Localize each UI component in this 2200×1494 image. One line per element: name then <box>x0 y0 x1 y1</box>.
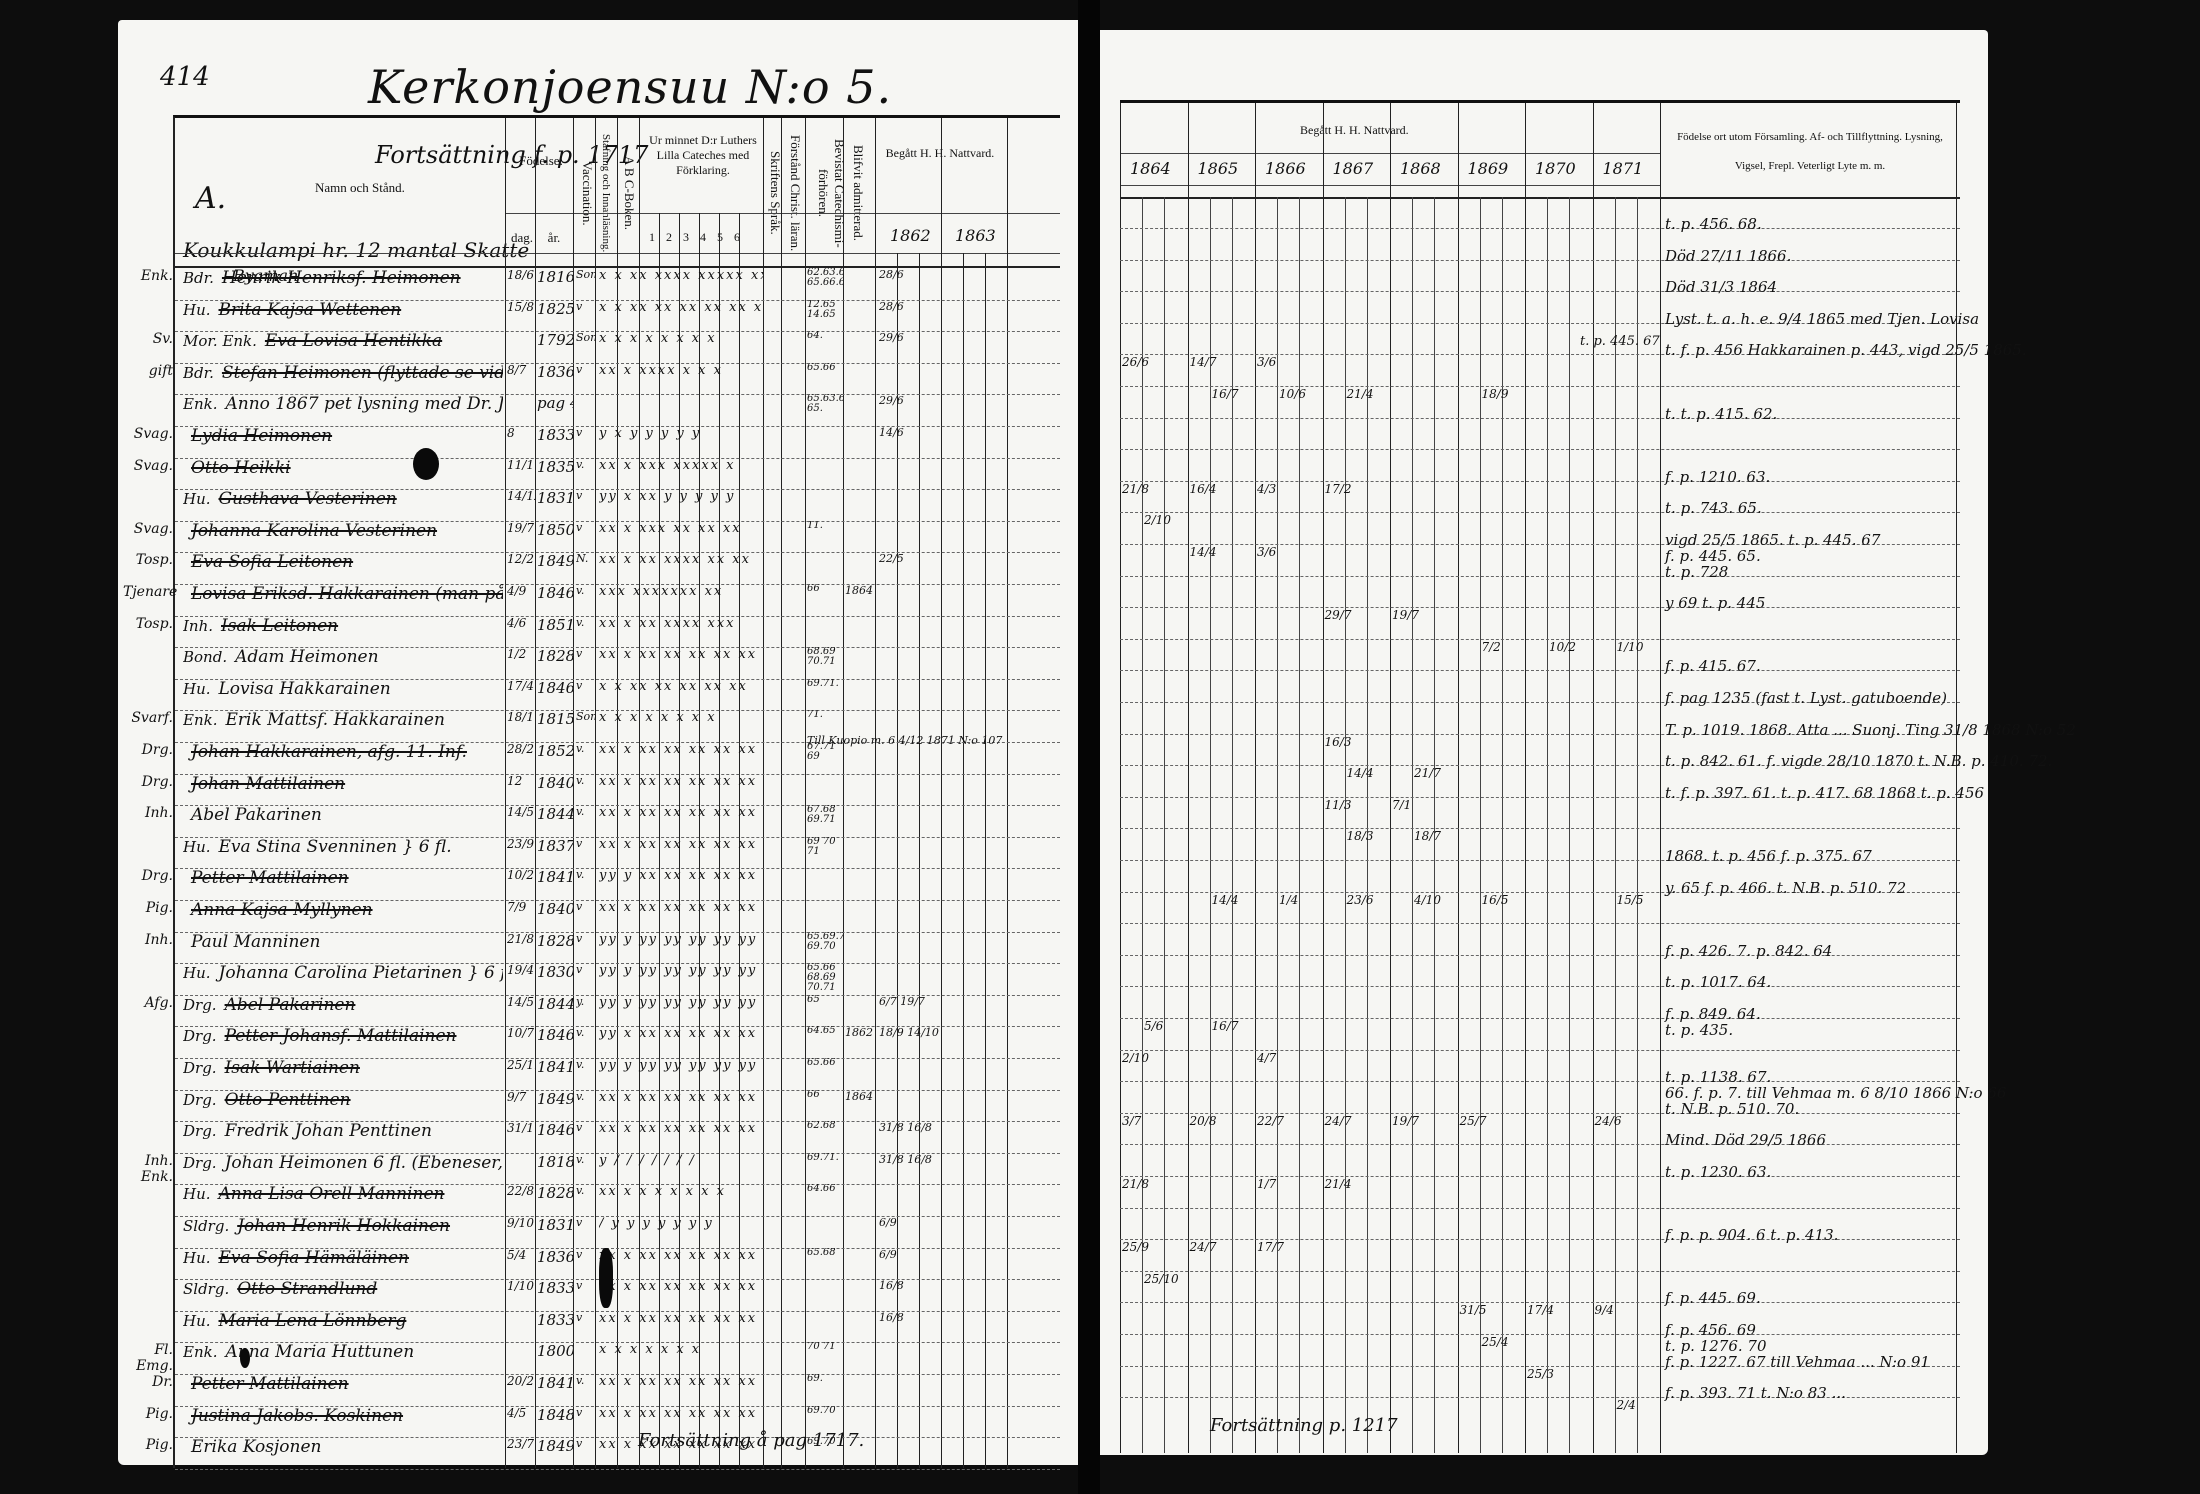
admitted-year: 1862 <box>845 1026 875 1039</box>
communion-date: 10/2 <box>1549 642 1576 653</box>
person-name: Anna Kajsa Myllynen <box>183 900 503 920</box>
vaccination: v. <box>576 774 596 787</box>
birth-year: 1818 <box>537 1153 573 1171</box>
knowledge-marks: xx x xx xx xx xx xx <box>599 1311 763 1326</box>
birth-year: 1849 <box>537 1437 573 1455</box>
table-row: Svag.Johanna Karolina Vesterinen19/71850… <box>175 521 1060 548</box>
communion-date: 29/7 <box>1325 610 1352 621</box>
communion-date: 25/9 <box>1122 1242 1149 1253</box>
birth-year: 1828 <box>537 1184 573 1202</box>
person-name: Hu.Eva Sofia Hämäläinen <box>183 1248 503 1268</box>
person-name: Drg.Johan Heimonen 6 fl. (Ebeneser, t. p… <box>183 1153 503 1173</box>
exam-years: 65 <box>807 995 843 1005</box>
person-name: Hu.Johanna Carolina Pietarinen } 6 fl. <box>183 963 503 983</box>
exam-years: 66 <box>807 584 843 594</box>
margin-note: Pig. <box>123 1406 173 1422</box>
table-row: Afg.Drg.Abel Pakarinen14/51844y.yy y yy … <box>175 995 1060 1022</box>
ink-blot <box>413 448 439 480</box>
communion-date: 14/4 <box>1190 547 1217 558</box>
farm-heading: Koukkulampi hr. 12 mantal Skatte <box>183 238 529 263</box>
vaccination: v. <box>576 1026 596 1039</box>
exam-years: 64.65 <box>807 1026 843 1036</box>
birth-day: 20/2 <box>507 1374 535 1388</box>
vaccination: v <box>576 1216 596 1229</box>
birth-year: 1833 <box>537 1279 573 1297</box>
exam-years: 64. <box>807 331 843 341</box>
birth-day: 28/2 <box>507 742 535 756</box>
communion-date: 3/6 <box>1257 357 1276 368</box>
vaccination: v. <box>576 1090 596 1103</box>
communion-date: 4/10 <box>1414 895 1441 906</box>
birth-year: 1850 <box>537 521 573 539</box>
knowledge-marks: / y y y y y y y <box>599 1216 763 1231</box>
header-year-1863: 1863 <box>955 226 996 246</box>
communion-date: 26/6 <box>1122 357 1149 368</box>
header-luther-cols: 123456 <box>649 230 751 245</box>
birth-year: 1831 <box>537 1216 573 1234</box>
table-row: giftBdr.Stefan Heimonen (flyttade se vid… <box>175 363 1060 390</box>
communion-date: 18/7 <box>1414 831 1441 842</box>
communion-dates: 29/6 <box>879 331 1007 344</box>
remark: t. f. p. 397. 61. t. p. 417. 68 1868 t. … <box>1665 784 1984 802</box>
birth-day: 14/5 <box>507 805 535 819</box>
birth-year: 1828 <box>537 647 573 665</box>
margin-note: Tjenare <box>123 584 173 600</box>
exam-years: 69. <box>807 1374 843 1384</box>
person-name: Justina Jakobs. Koskinen <box>183 1406 503 1426</box>
person-name: Lovisa Eriksd. Hakkarainen (man på orten… <box>183 584 503 604</box>
register-table-right: Begått H. H. Nattvard. Födelse ort utom … <box>1120 100 1960 1453</box>
table-row: Bond.Adam Heimonen1/21828vxx x xx xx xx … <box>175 647 1060 674</box>
communion-date: 23/6 <box>1347 895 1374 906</box>
person-name: Hu.Brita Kajsa Wettenen <box>183 300 503 320</box>
margin-note: Pig. <box>123 900 173 916</box>
margin-note: Svag. <box>123 521 173 537</box>
knowledge-marks: yy y yy yy yy yy yy <box>599 932 763 947</box>
person-name: Drg.Isak Wartiainen <box>183 1058 503 1078</box>
knowledge-marks: xx x xx xx xx xx xx <box>599 742 763 757</box>
birth-day: 7/9 <box>507 900 535 914</box>
header-birth-day: dag. <box>511 230 533 246</box>
remark: t. p. 435. <box>1665 1021 1733 1039</box>
communion-date: 5/6 <box>1144 1021 1163 1032</box>
margin-note: Enk. <box>123 268 173 284</box>
communion-date: 14/4 <box>1212 895 1239 906</box>
vaccination: v <box>576 1311 596 1324</box>
exam-years: 65.66 <box>807 1058 843 1068</box>
header-year-1862: 1862 <box>890 226 931 246</box>
birth-day: 4/6 <box>507 616 535 630</box>
table-row: Inh. Enk.Drg.Johan Heimonen 6 fl. (Ebene… <box>175 1153 1060 1180</box>
table-row: Hu.Maria Lena Lönnberg1833vxx x xx xx xx… <box>175 1311 1060 1338</box>
communion-date: 10/6 <box>1279 389 1306 400</box>
margin-note: Tosp. <box>123 552 173 568</box>
vaccination: v. <box>576 616 596 629</box>
birth-year: 1800 <box>537 1342 573 1360</box>
table-row: Inh.Paul Manninen21/81828vyy y yy yy yy … <box>175 932 1060 959</box>
knowledge-marks: xx x x x x x x x <box>599 1184 763 1199</box>
communion-date: 22/7 <box>1257 1116 1284 1127</box>
birth-day: 23/9 <box>507 837 535 851</box>
margin-note: Inh. <box>123 805 173 821</box>
table-row: Hu.Lovisa Hakkarainen17/41846vx x xx xx … <box>175 679 1060 706</box>
communion-date: 7/2 <box>1482 642 1501 653</box>
exam-years: 65.66 68.69 70.71 <box>807 963 843 993</box>
table-row: Pig.Anna Kajsa Myllynen7/91840vxx x xx x… <box>175 900 1060 927</box>
communion-date: 25/10 <box>1144 1274 1179 1285</box>
person-name: Hu.Eva Stina Svenninen } 6 fl. <box>183 837 503 857</box>
remark: f. p. 415. 67. <box>1665 657 1761 675</box>
remark: t. f. p. 456 Hakkarainen p. 443, vigd 25… <box>1665 341 2027 359</box>
birth-year: 1833 <box>537 1311 573 1329</box>
birth-day: 17/4 <box>507 679 535 693</box>
exam-years: 64.66 <box>807 1184 843 1194</box>
vaccination: v <box>576 1279 596 1292</box>
person-name: Hu.Lovisa Hakkarainen <box>183 679 503 699</box>
person-name: Lydia Heimonen <box>183 426 503 446</box>
communion-dates: 22/5 <box>879 552 1007 565</box>
vaccination: v. <box>576 458 596 471</box>
table-row: Inh.Abel Pakarinen14/51844v.xx x xx xx x… <box>175 805 1060 832</box>
knowledge-marks: xx x xx xx xx xx xx <box>599 837 763 852</box>
vaccination: v <box>576 837 596 850</box>
header-birth: Födelse. <box>511 153 571 169</box>
birth-day: 19/7 <box>507 521 535 535</box>
communion-date: 14/7 <box>1190 357 1217 368</box>
header-luther: Ur minnet D:r Luthers Lilla Cateches med… <box>643 133 763 178</box>
person-name: Enk.Erik Mattsf. Hakkarainen <box>183 710 503 730</box>
remark: y 69 t. p. 445 <box>1665 594 1765 612</box>
vaccination: v. <box>576 584 596 597</box>
birth-year: 1836 <box>537 1248 573 1266</box>
remark: t. p. 1017. 64. <box>1665 973 1771 991</box>
birth-year: 1846 <box>537 679 573 697</box>
margin-note: Pig. <box>123 1437 173 1453</box>
communion-date: 21/4 <box>1325 1179 1352 1190</box>
exam-years: 69.70 <box>807 1406 843 1416</box>
birth-year: 1840 <box>537 900 573 918</box>
table-row: TjenareLovisa Eriksd. Hakkarainen (man p… <box>175 584 1060 611</box>
remark: f. p. 393. 71 t. N:o 83 ... <box>1665 1384 1846 1402</box>
table-row: Svag.Otto Heikki11/11835v.xx x xxx xxxxx… <box>175 458 1060 485</box>
margin-note: Inh. Enk. <box>123 1153 173 1185</box>
birth-day: 15/8 <box>507 300 535 314</box>
birth-year: 1836 <box>537 363 573 381</box>
birth-year: 1846 <box>537 1121 573 1139</box>
exam-years: 62.63.64 65.66.67 <box>807 268 843 288</box>
vaccination: v <box>576 1248 596 1261</box>
communion-date: 3/7 <box>1122 1116 1141 1127</box>
knowledge-marks: x x xx xxxx xxxxx xx <box>599 268 763 283</box>
remark: T. p. 1019. 1868. Atta ... Suonj. Ting 3… <box>1665 721 2076 739</box>
person-name: Drg.Abel Pakarinen <box>183 995 503 1015</box>
birth-day: 11/1 <box>507 458 535 472</box>
exam-years: 67.68 69.71 <box>807 805 843 825</box>
person-name: Paul Manninen <box>183 932 503 952</box>
knowledge-marks: xx x xx xx xx xx xx <box>599 1406 763 1421</box>
header-birth-year: år. <box>540 230 568 246</box>
knowledge-marks: x x x x x x x x <box>599 710 763 725</box>
birth-year: 1848 <box>537 1406 573 1424</box>
knowledge-marks: xx x xx xx xx xx xx <box>599 1374 763 1389</box>
communion-date: 4/3 <box>1257 484 1276 495</box>
knowledge-marks: xx x xx xxxx xx xx <box>599 552 763 567</box>
vaccination: Som kopp. <box>576 268 596 281</box>
knowledge-marks: yy x xx y y y y y <box>599 489 763 504</box>
remark: f. p. 445. 69. <box>1665 1289 1761 1307</box>
communion-date: 3/6 <box>1257 547 1276 558</box>
person-name: Bdr.Stefan Heimonen (flyttade se vidare) <box>183 363 503 383</box>
communion-date: 7/1 <box>1392 800 1411 811</box>
knowledge-marks: yy x xx xx xx xx xx <box>599 1026 763 1041</box>
margin-note: Svag. <box>123 458 173 474</box>
book-spine <box>1078 0 1100 1494</box>
birth-day: 19/4 <box>507 963 535 977</box>
birth-day: 10/7 <box>507 1026 535 1040</box>
exam-years: 12.65 14.65 <box>807 300 843 320</box>
communion-date: 24/7 <box>1190 1242 1217 1253</box>
person-name: Abel Pakarinen <box>183 805 503 825</box>
exam-years: 11. <box>807 521 843 531</box>
year-1870: 1870 <box>1535 159 1576 179</box>
person-name: Hu.Anna Lisa Orell Manninen <box>183 1184 503 1204</box>
vaccination: v <box>576 1121 596 1134</box>
communion-date: 9/4 <box>1595 1305 1614 1316</box>
birth-year: 1815 <box>537 710 573 728</box>
communion-dates: 31/8 16/8 <box>879 1153 1007 1166</box>
header-vaccination: Vaccination. <box>579 133 595 253</box>
remark: t. p. 1230. 63. <box>1665 1163 1771 1181</box>
knowledge-marks: xx x xx xx xx xx xx <box>599 1279 763 1294</box>
birth-day: 1/2 <box>507 647 535 661</box>
birth-year: 1828 <box>537 932 573 950</box>
vaccination: v. <box>576 1184 596 1197</box>
communion-date: 19/7 <box>1392 610 1419 621</box>
communion-dates: 28/6 <box>879 268 1007 281</box>
year-1867: 1867 <box>1333 159 1374 179</box>
communion-date: 17/7 <box>1257 1242 1284 1253</box>
remark: t. p. 728 <box>1665 563 1728 581</box>
birth-day: 9/10 <box>507 1216 535 1230</box>
birth-year: 1816 <box>537 268 573 286</box>
person-name: Petter Mattilainen <box>183 868 503 888</box>
village-heading: Kerkonjoensuu N:o 5. <box>368 60 892 114</box>
person-name: Enk.Anna Maria Huttunen <box>183 1342 503 1362</box>
birth-year: 1841 <box>537 868 573 886</box>
remark: Död 27/11 1866. <box>1665 247 1791 265</box>
vaccination: v <box>576 1437 596 1450</box>
margin-note: Svag. <box>123 426 173 442</box>
table-row: Tosp.Eva Sofia Leitonen12/21849N.xx x xx… <box>175 552 1060 579</box>
right-page: Begått H. H. Nattvard. Födelse ort utom … <box>1100 30 1988 1455</box>
table-row: Drg.Johan Hakkarainen, afg. 11. Inf.28/2… <box>175 742 1060 769</box>
header-abc: A B C-Boken. <box>621 133 637 253</box>
communion-date: 24/7 <box>1325 1116 1352 1127</box>
birth-year: 1844 <box>537 805 573 823</box>
table-row: Svag.Lydia Heimonen81833vy x y y y y y14… <box>175 426 1060 453</box>
birth-year: 1849 <box>537 1090 573 1108</box>
remark: t. p. 842. 61. f. vigde 28/10 1870 t. N.… <box>1665 752 2052 770</box>
table-row: Drg.Isak Wartiainen25/111841v.yy y yy yy… <box>175 1058 1060 1085</box>
table-row: Hu.Johanna Carolina Pietarinen } 6 fl.19… <box>175 963 1060 990</box>
vaccination: Som kop. <box>576 710 596 723</box>
remark: 1868. t. p. 456 f. p. 375. 67 <box>1665 847 1872 865</box>
birth-day: 8/7 <box>507 363 535 377</box>
remark: Lyst. t. a. h. e. 9/4 1865 med Tjen. Lov… <box>1665 310 1979 328</box>
birth-year: 1841 <box>537 1058 573 1076</box>
vaccination: v. <box>576 1374 596 1387</box>
communion-dates: 14/6 <box>879 426 1007 439</box>
communion-date: 17/2 <box>1325 484 1352 495</box>
knowledge-marks: xxx xxxxxxx xx <box>599 584 763 599</box>
communion-date: 16/7 <box>1212 1021 1239 1032</box>
register-table-left: Fortsättning f. p. 1717 A. Namn och Stån… <box>173 115 1060 1468</box>
communion-date: 21/8 <box>1122 1179 1149 1190</box>
ink-blot <box>240 1348 250 1368</box>
person-name: Inh.Isak Leitonen <box>183 616 503 636</box>
remark: t. p. 456. 68. <box>1665 215 1762 233</box>
person-name: Drg.Otto Penttinen <box>183 1090 503 1110</box>
knowledge-marks: xx x xxx xx xx xx <box>599 521 763 536</box>
communion-date: 25/4 <box>1482 1337 1509 1348</box>
communion-date: 20/8 <box>1190 1116 1217 1127</box>
footer-continuation: Fortsättning å pag 1717. <box>638 1430 864 1451</box>
admitted-year: 1864 <box>845 584 875 597</box>
person-name: Erika Kosjonen <box>183 1437 503 1457</box>
table-row: Hu.Gusthava Vesterinen14/121831vyy x xx … <box>175 489 1060 516</box>
vaccination: v <box>576 900 596 913</box>
person-name: Hu.Gusthava Vesterinen <box>183 489 503 509</box>
margin-note: Drg. <box>123 774 173 790</box>
vaccination: v. <box>576 868 596 881</box>
knowledge-marks: xx x xx xx xx xx xx <box>599 1121 763 1136</box>
remark: f. pag 1235 (fast t. Lyst. gatuboende) <box>1665 689 1947 707</box>
birth-day: 18/1 <box>507 710 535 724</box>
person-name: Enk.Anno 1867 pet lysning med Dr. Johan … <box>183 394 503 414</box>
birth-year: 1825 <box>537 300 573 318</box>
person-name: Sldrg.Otto Strandlund <box>183 1279 503 1299</box>
knowledge-marks: y / / / / / / / <box>599 1153 763 1168</box>
vaccination: v <box>576 521 596 534</box>
communion-date: 25/3 <box>1527 1369 1554 1380</box>
birth-year: 1830 <box>537 963 573 981</box>
communion-date: 21/8 <box>1122 484 1149 495</box>
vaccination: v <box>576 489 596 502</box>
knowledge-marks: yy y yy yy yy yy yy <box>599 995 763 1010</box>
communion-date: 18/3 <box>1347 831 1374 842</box>
communion-dates: 29/6 <box>879 394 1007 407</box>
birth-day: 21/8 <box>507 932 535 946</box>
exam-years: 65.63.64 65. <box>807 394 843 414</box>
exam-years: 65.66 <box>807 363 843 373</box>
knowledge-marks: xx x xx xx xx xx xx <box>599 900 763 915</box>
table-row: Pig.Erika Kosjonen23/71849vxx x xx xx xx… <box>175 1437 1060 1464</box>
exam-years: 65.69.71 69.70 <box>807 932 843 952</box>
vaccination: N. <box>576 552 596 565</box>
communion-date: 14/4 <box>1347 768 1374 779</box>
knowledge-marks: x x x x x x x <box>599 1342 763 1357</box>
margin-note: Fl. Emg. <box>123 1342 173 1374</box>
remark: t. N.B. p. 510. 70. <box>1665 1100 1799 1118</box>
communion-date: 16/4 <box>1190 484 1217 495</box>
birth-day: 25/11 <box>507 1058 535 1072</box>
communion-date: 17/4 <box>1527 1305 1554 1316</box>
header-name: Namn och Stånd. <box>315 180 405 196</box>
remark: y. 65 f. p. 466. t. N.B. p. 510. 72 <box>1665 879 1906 897</box>
communion-date: 24/6 <box>1595 1116 1622 1127</box>
birth-day: 10/2 <box>507 868 535 882</box>
vaccination: v <box>576 932 596 945</box>
communion-date: 2/4 <box>1617 1400 1636 1411</box>
communion-date: 2/10 <box>1122 1053 1149 1064</box>
exam-years: 62.68 <box>807 1121 843 1131</box>
remark: f. p. 1210. 63. <box>1665 468 1770 486</box>
vaccination: y. <box>576 995 596 1008</box>
birth-day: 4/5 <box>507 1406 535 1420</box>
communion-date: 21/4 <box>1347 389 1374 400</box>
communion-date: 19/7 <box>1392 1116 1419 1127</box>
person-name: Eva Sofia Leitonen <box>183 552 503 572</box>
ink-blot <box>599 1248 613 1308</box>
margin-note: Inh. <box>123 932 173 948</box>
vaccination: v <box>576 300 596 313</box>
table-row: Hu.Anna Lisa Orell Manninen22/81828v.xx … <box>175 1184 1060 1211</box>
birth-day: 1/10 <box>507 1279 535 1293</box>
vaccination: v <box>576 1406 596 1419</box>
birth-year: 1851 <box>537 616 573 634</box>
birth-year: 1835 <box>537 458 573 476</box>
remark: t. t. p. 415. 62. <box>1665 405 1777 423</box>
knowledge-marks: yy y xx xx xx xx xx <box>599 868 763 883</box>
page-number: 414 <box>160 62 210 92</box>
table-row: Enk.Bdr.Henrik Henriksf. Heimonen18/6181… <box>175 268 1060 295</box>
birth-day: 14/5 <box>507 995 535 1009</box>
birth-day: 18/6 <box>507 268 535 282</box>
remark: t. p. 743. 65. <box>1665 499 1762 517</box>
margin-note: Sv. <box>123 331 173 347</box>
year-1865: 1865 <box>1198 159 1239 179</box>
communion-dates: 16/8 <box>879 1311 1007 1324</box>
year-1868: 1868 <box>1400 159 1441 179</box>
person-name: Otto Heikki <box>183 458 503 478</box>
knowledge-marks: xx x xxxx x x x <box>599 363 763 378</box>
table-row: Drg.Otto Penttinen9/71849v.xx x xx xx xx… <box>175 1090 1060 1117</box>
vaccination: v. <box>576 1058 596 1071</box>
birth-day: 31/1 <box>507 1121 535 1135</box>
margin-note: Tosp. <box>123 616 173 632</box>
knowledge-marks: yy y yy yy yy yy yy <box>599 1058 763 1073</box>
knowledge-marks: xx x xx xxxx xxx <box>599 616 763 631</box>
communion-dates: 6/9 <box>879 1216 1007 1229</box>
communion-dates: 18/9 14/10 <box>879 1026 1007 1039</box>
communion-date: 16/3 <box>1325 737 1352 748</box>
person-name: Johan Mattilainen <box>183 774 503 794</box>
communion-date: 16/5 <box>1482 895 1509 906</box>
person-name: Johan Hakkarainen, afg. 11. Inf. <box>183 742 503 762</box>
vaccination: v <box>576 647 596 660</box>
communion-dates: 31/8 16/8 <box>879 1121 1007 1134</box>
year-1864: 1864 <box>1130 159 1171 179</box>
communion-date: 1/4 <box>1279 895 1298 906</box>
birth-year: 1846 <box>537 1026 573 1044</box>
birth-year: 1831 <box>537 489 573 507</box>
birth-day: 22/8 <box>507 1184 535 1198</box>
knowledge-marks: x x x x x x x x <box>599 331 763 346</box>
inline-note: t. p. 445. 67 <box>1580 336 1660 347</box>
vaccination: v <box>576 679 596 692</box>
person-name: Mor. Enk.Eva Lovisa Hentikka <box>183 331 503 351</box>
birth-day: 5/4 <box>507 1248 535 1262</box>
